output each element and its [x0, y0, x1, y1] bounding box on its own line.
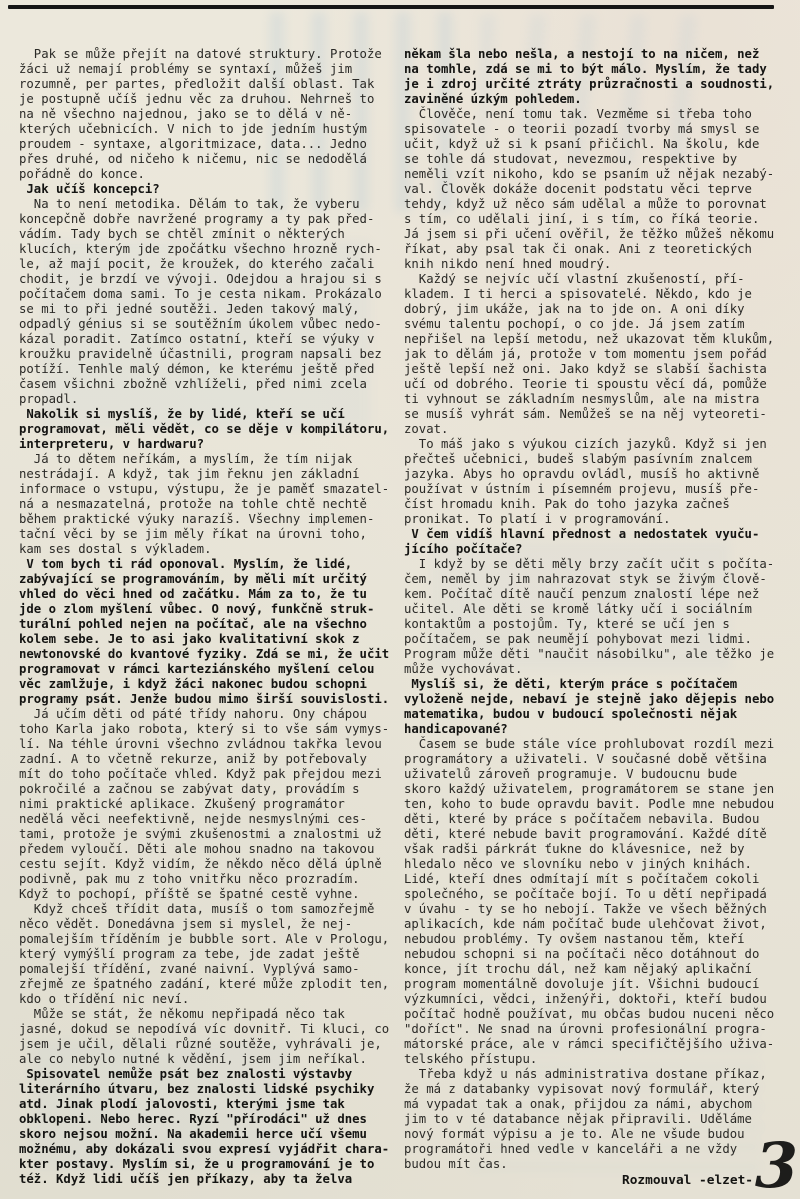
- text-line: budou mít čas.: [404, 1157, 776, 1172]
- text-line: podivně, pak mu z toho vnitřku něco proz…: [19, 872, 391, 887]
- right-column: někam šla nebo nešla, a nestojí to na ni…: [404, 47, 776, 1187]
- text-line: uživatelů zároveň programuje. V budoucnu…: [404, 767, 776, 782]
- text-line: kontaktům a postojům. Ty, které se učí j…: [404, 617, 776, 632]
- text-line: někam šla nebo nešla, a nestojí to na ni…: [404, 47, 776, 62]
- text-line: Každý se nejvíc učí vlastní zkušeností, …: [404, 272, 776, 287]
- text-line: programovat, měli vědět, co se děje v ko…: [19, 422, 391, 437]
- text-line: předem vyloučí. Děti ale mohou snadno na…: [19, 842, 391, 857]
- interview-answer: Já to dětem neříkám, a myslím, že tím ni…: [19, 452, 391, 557]
- text-line: učit, když už si k psaní přičichl. Na šk…: [404, 137, 776, 152]
- text-line: se tohle dá studovat, nevezmou, respekti…: [404, 152, 776, 167]
- text-line: Já učím děti od páté třídy nahoru. Ony c…: [19, 707, 391, 722]
- text-line: nestrádají. A když, tak jim řeknu jen zá…: [19, 467, 391, 482]
- text-line: ten, koho to bude opravdu bavit. Podle m…: [404, 797, 776, 812]
- text-line: programovat v rámci karteziánského myšle…: [19, 662, 391, 677]
- interview-question: V tom bych ti rád oponoval. Myslím, že l…: [19, 557, 391, 707]
- text-line: Lidé, kteří dnes odmítají mít s počítače…: [404, 872, 776, 887]
- text-line: odpadlý génius si se soutěžním úkolem vů…: [19, 317, 391, 332]
- text-line: programátory a uživateli. V současné dob…: [404, 752, 776, 767]
- text-line: přes druhé, od ničeho k ničemu, nic se n…: [19, 152, 391, 167]
- text-line: může vychovávat.: [404, 662, 776, 677]
- text-line: jazyka. Abys ho opravdu ovládl, musíš ho…: [404, 467, 776, 482]
- text-line: Když chceš třídit data, musíš o tom samo…: [19, 902, 391, 917]
- text-line: s tím, co udělali jiní, i s tím, co říká…: [404, 212, 776, 227]
- page-number: 3: [755, 1133, 798, 1199]
- text-line: tehdy, když už něco sám udělal a může to…: [404, 197, 776, 212]
- text-line: vhled do věci hned od začátku. Mám za to…: [19, 587, 391, 602]
- text-line: nepřišel na lepší metodu, než ukazovat t…: [404, 332, 776, 347]
- text-line: neměli vzít nikoho, kdo se psaním už něj…: [404, 167, 776, 182]
- article-body: Pak se může přejít na datové struktury. …: [19, 47, 776, 1187]
- interview-answer: To máš jako s výukou cizích jazyků. Když…: [404, 437, 776, 527]
- text-line: říkat, aby psal tak či onak. Ani z teore…: [404, 242, 776, 257]
- interview-answer: Může se stát, že někomu nepřipadá něco t…: [19, 1007, 391, 1067]
- text-line: newtonovské do kvantové fyziky. Zdá se m…: [19, 647, 391, 662]
- text-line: vádím. Tady bych se chtěl zmínit o někte…: [19, 227, 391, 242]
- text-line: počítač hodně používat, mu občas budou n…: [404, 1007, 776, 1022]
- text-line: Když to pochopí, příště se špatné cestě …: [19, 887, 391, 902]
- text-line: val. Člověk dokáže docenit podstatu věci…: [404, 182, 776, 197]
- text-line: kázal poradit. Zatímco ostatní, kteří se…: [19, 332, 391, 347]
- text-line: časem všichni zbožně vzhlíželi, před nim…: [19, 377, 391, 392]
- text-line: se musíš vyhrát sám. Nemůžeš se na něj v…: [404, 407, 776, 422]
- text-line: počítačem doma sami. To je cesta nikam. …: [19, 287, 391, 302]
- text-line: Na to není metodika. Dělám to tak, že vy…: [19, 197, 391, 212]
- text-line: atd. Jinak plodí jalovosti, kterými jsme…: [19, 1097, 391, 1112]
- top-rule: [8, 5, 774, 9]
- text-line: kolem sebe. Je to asi jako kvalitativní …: [19, 632, 391, 647]
- interview-question: V čem vidíš hlavní přednost a nedostatek…: [404, 527, 776, 557]
- text-line: To máš jako s výukou cizích jazyků. Když…: [404, 437, 776, 452]
- text-line: má vypadat tak a onak, přijdou za námi, …: [404, 1097, 776, 1112]
- text-line: kem. Počítač dítě naučí penzum znalostí …: [404, 587, 776, 602]
- text-line: Pak se může přejít na datové struktury. …: [19, 47, 391, 62]
- text-line: děti, které by práce s počítačem nebavil…: [404, 812, 776, 827]
- interview-question: Spisovatel nemůže psát bez znalosti výst…: [19, 1067, 391, 1187]
- text-line: Třeba když u nás administrativa dostane …: [404, 1067, 776, 1082]
- text-line: skoro každý uživatelem, programátorem se…: [404, 782, 776, 797]
- text-line: skoro nejsou možní. Na akademii herce uč…: [19, 1127, 391, 1142]
- text-line: program momentálně dovoluje jít. Všichni…: [404, 977, 776, 992]
- text-line: informace o vstupu, výstupu, že je paměť…: [19, 482, 391, 497]
- interview-question: Myslíš si, že děti, kterým práce s počít…: [404, 677, 776, 737]
- text-line: Spisovatel nemůže psát bez znalosti výst…: [19, 1067, 391, 1082]
- text-line: Časem se bude stále více prohlubovat roz…: [404, 737, 776, 752]
- text-line: klucích, kterým jde zpočátku všechno hro…: [19, 242, 391, 257]
- text-line: nebudou problémy. Ty ovšem nastanou těm,…: [404, 932, 776, 947]
- text-line: však radši párkrát ťukne do klávesnice, …: [404, 842, 776, 857]
- text-line: mít do toho počítače vhled. Když pak pře…: [19, 767, 391, 782]
- text-line: nový formát výpisu a je to. Ale ne všude…: [404, 1127, 776, 1142]
- text-line: je i zdroj určité ztráty průzračnosti a …: [404, 77, 776, 92]
- text-line: možnému, aby dokázali svou expresí vyjád…: [19, 1142, 391, 1157]
- text-line: programy psát. Jenže budou mimo širší so…: [19, 692, 391, 707]
- text-line: programátoři hned vedle v kanceláři a ne…: [404, 1142, 776, 1157]
- interview-question: někam šla nebo nešla, a nestojí to na ni…: [404, 47, 776, 107]
- text-line: V čem vidíš hlavní přednost a nedostatek…: [404, 527, 776, 542]
- text-line: počítačem, se pak neumějí pohybovat mezi…: [404, 632, 776, 647]
- text-line: handicapované?: [404, 722, 776, 737]
- text-line: Já jsem si při učení ověřil, že těžko mů…: [404, 227, 776, 242]
- text-line: hledalo něco ve slovníku nebo v jiných k…: [404, 857, 776, 872]
- text-line: cestu sejít. Když vidím, že někdo něco d…: [19, 857, 391, 872]
- text-line: zabývající se programováním, by měli mít…: [19, 572, 391, 587]
- text-line: konce, jít trochu dál, než kam nějaký ap…: [404, 962, 776, 977]
- interview-answer: Pak se může přejít na datové struktury. …: [19, 47, 391, 182]
- interview-answer: Třeba když u nás administrativa dostane …: [404, 1067, 776, 1172]
- text-line: na ně všechno najednou, jako se to dělá …: [19, 107, 391, 122]
- text-line: společného, se počítače bojí. To u dětí …: [404, 887, 776, 902]
- text-line: kdo o třídění nic neví.: [19, 992, 391, 1007]
- text-line: nedělá věci neefektivně, nejde nesmyslný…: [19, 812, 391, 827]
- text-line: pronikat. To platí i v programování.: [404, 512, 776, 527]
- interview-answer: Člověče, není tomu tak. Vezměme si třeba…: [404, 107, 776, 272]
- text-line: je postupně učíš jednu věc za druhou. Ne…: [19, 92, 391, 107]
- text-line: lí. Na téhle úrovni všechno zvládnou tak…: [19, 737, 391, 752]
- text-line: telského přístupu.: [404, 1052, 776, 1067]
- text-line: ná a nesmazatelná, protože na tohle chtě…: [19, 497, 391, 512]
- text-line: tami, protože je svými zkušenostmi a zna…: [19, 827, 391, 842]
- text-line: pořádně do konce.: [19, 167, 391, 182]
- text-line: nimi praktické aplikace. Zkušený program…: [19, 797, 391, 812]
- interview-answer: Každý se nejvíc učí vlastní zkušeností, …: [404, 272, 776, 437]
- text-line: jak to dělám já, protože v tom momentu j…: [404, 347, 776, 362]
- text-line: kterých učebnicích. V nich to jde jedním…: [19, 122, 391, 137]
- text-line: proudem - syntaxe, algoritmizace, data..…: [19, 137, 391, 152]
- text-line: učitel. Ale děti se kromě látky učí i so…: [404, 602, 776, 617]
- text-line: aplikacích, kde nám počítač bude ulehčov…: [404, 917, 776, 932]
- text-line: jícího počítače?: [404, 542, 776, 557]
- text-line: výzkumníci, vědci, inženýři, doktoři, kt…: [404, 992, 776, 1007]
- text-line: během praktické výuky narazíš. Všechny i…: [19, 512, 391, 527]
- interview-answer: I když by se děti měly brzy začít učit s…: [404, 557, 776, 677]
- text-line: na tomhle, zdá se mi to být málo. Myslím…: [404, 62, 776, 77]
- text-line: přečteš učebnici, budeš slabým pasívním …: [404, 452, 776, 467]
- text-line: že má z databanky vypisovat nový formulá…: [404, 1082, 776, 1097]
- text-line: mátorské práce, ale v rámci specifičtějš…: [404, 1037, 776, 1052]
- text-line: obklopeni. Nebo herec. Ryzí "přírodáci" …: [19, 1112, 391, 1127]
- text-line: zaviněné úzkým pohledem.: [404, 92, 776, 107]
- interview-answer: Já učím děti od páté třídy nahoru. Ony c…: [19, 707, 391, 902]
- interview-answer: Na to není metodika. Dělám to tak, že vy…: [19, 197, 391, 407]
- text-line: se mi to při jedné soutěži. Jeden takový…: [19, 302, 391, 317]
- text-line: též. Když lidi učíš jen příkazy, aby ta …: [19, 1172, 391, 1187]
- text-line: v úvahu - ty se ho nebojí. Takže ve všec…: [404, 902, 776, 917]
- text-line: Člověče, není tomu tak. Vezměme si třeba…: [404, 107, 776, 122]
- text-line: děti, které nebude bavit programování. K…: [404, 827, 776, 842]
- text-line: svému talentu pochopí, o co jde. Já jsem…: [404, 317, 776, 332]
- left-column: Pak se může přejít na datové struktury. …: [19, 47, 391, 1187]
- text-line: potíží. Tenhle malý démon, ke kterému je…: [19, 362, 391, 377]
- text-line: Myslíš si, že děti, kterým práce s počít…: [404, 677, 776, 692]
- text-line: tační věci by se jim měly říkat na úrovn…: [19, 527, 391, 542]
- text-line: jde o zlom myšlení vůbec. O nový, funkčn…: [19, 602, 391, 617]
- text-line: rozumně, per partes, předložit další obl…: [19, 77, 391, 92]
- interview-question: Nakolik si myslíš, že by lidé, kteří se …: [19, 407, 391, 452]
- text-line: žáci už nemají problémy se syntaxí, může…: [19, 62, 391, 77]
- text-line: le, až mají pocit, že kroužek, do kteréh…: [19, 257, 391, 272]
- text-line: učí od dobrého. Teorie ti spoustu věcí d…: [404, 377, 776, 392]
- text-line: knih nikdo není hned moudrý.: [404, 257, 776, 272]
- interview-answer: Když chceš třídit data, musíš o tom samo…: [19, 902, 391, 1007]
- text-line: kam ses dostal s výkladem.: [19, 542, 391, 557]
- text-line: používat v ústním i písemném projevu, mu…: [404, 482, 776, 497]
- text-line: "doříct". Ne snad na úrovni profesionáln…: [404, 1022, 776, 1037]
- text-line: něco vědět. Donedávna jsem si myslel, že…: [19, 917, 391, 932]
- text-line: Já to dětem neříkám, a myslím, že tím ni…: [19, 452, 391, 467]
- text-line: chodit, je brzdí ve vývoji. Odejdou a hr…: [19, 272, 391, 287]
- text-line: ale co nebylo nutné k vědění, jsem jim n…: [19, 1052, 391, 1067]
- text-line: který vymýšlí program za tebe, jde zadat…: [19, 947, 391, 962]
- text-line: koncepčně dobře navržené programy a ty p…: [19, 212, 391, 227]
- text-line: kter postavy. Myslím si, že u programová…: [19, 1157, 391, 1172]
- text-line: jsem je učil, dělali různé soutěže, vyhr…: [19, 1037, 391, 1052]
- text-line: Program může děti "naučit násobilku", al…: [404, 647, 776, 662]
- text-line: vyloženě nejde, nebaví je stejně jako dě…: [404, 692, 776, 707]
- text-line: čem, neměl by jim nahrazovat styk se živ…: [404, 572, 776, 587]
- byline: Rozmouval -elzet-: [403, 1173, 753, 1188]
- text-line: ještě lepší než oni. Jako když se slabší…: [404, 362, 776, 377]
- text-line: turální pohled nejen na počítač, ale na …: [19, 617, 391, 632]
- text-line: matematika, budou v budoucí společnosti …: [404, 707, 776, 722]
- text-line: číst hromadu knih. Pak do toho jazyka za…: [404, 497, 776, 512]
- text-line: jim to v té databance nějak připravili. …: [404, 1112, 776, 1127]
- text-line: pomalejším tříděním je bubble sort. Ale …: [19, 932, 391, 947]
- text-line: Může se stát, že někomu nepřipadá něco t…: [19, 1007, 391, 1022]
- text-line: zřejmě ze špatného zadání, které může zp…: [19, 977, 391, 992]
- text-line: toho Karla jako robota, který si to vše …: [19, 722, 391, 737]
- text-line: propadl.: [19, 392, 391, 407]
- text-line: spisovatele - o teorii pozadí tvorby má …: [404, 122, 776, 137]
- text-line: pomalejší třídění, zvané naivní. Vyplývá…: [19, 962, 391, 977]
- text-line: kladem. I ti herci a spisovatelé. Někdo,…: [404, 287, 776, 302]
- text-line: Nakolik si myslíš, že by lidé, kteří se …: [19, 407, 391, 422]
- text-line: V tom bych ti rád oponoval. Myslím, že l…: [19, 557, 391, 572]
- text-line: Jak učíš koncepci?: [19, 182, 391, 197]
- text-line: ti vyhnout se základním nesmyslům, ale n…: [404, 392, 776, 407]
- text-line: nebudou schopni si na počítači něco dotá…: [404, 947, 776, 962]
- text-line: věc zamlžuje, i když žáci nakonec budou …: [19, 677, 391, 692]
- text-line: pokročilé a začnou se zabývat daty, prov…: [19, 782, 391, 797]
- text-line: interpreteru, v hardwaru?: [19, 437, 391, 452]
- text-line: zovat.: [404, 422, 776, 437]
- text-line: I když by se děti měly brzy začít učit s…: [404, 557, 776, 572]
- interview-answer: Časem se bude stále více prohlubovat roz…: [404, 737, 776, 1067]
- text-line: zadní. A to včetně rekurze, aniž by potř…: [19, 752, 391, 767]
- text-line: jasné, dokud se nepodívá víc dovnitř. Ti…: [19, 1022, 391, 1037]
- text-line: kroužku pravidelně účastnili, program na…: [19, 347, 391, 362]
- text-line: literárního útvaru, bez znalosti lidské …: [19, 1082, 391, 1097]
- text-line: dobrý, jim ukáže, jak na to jde on. A on…: [404, 302, 776, 317]
- interview-question: Jak učíš koncepci?: [19, 182, 391, 197]
